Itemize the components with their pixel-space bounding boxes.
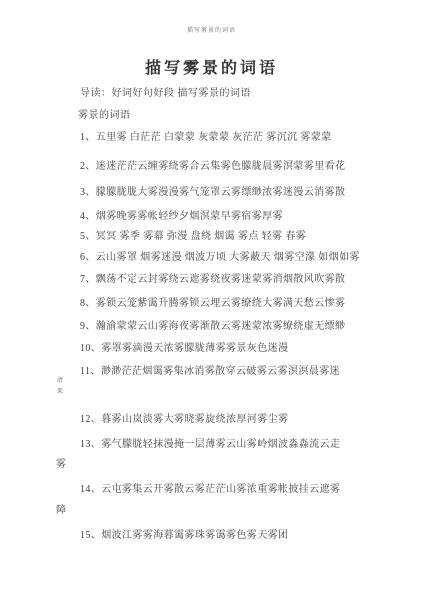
section-heading: 雾景的词语 [78, 106, 131, 121]
list-item: 2、迷迷茫茫云缠雾绕雾合云集雾色朦胧晨雾溟蒙雾里看花 [80, 157, 345, 172]
list-item: 9、瀚渝蒙蒙云山雾海夜雾渐散云雾迷蒙浓雾缭绕虚无缥缈 [80, 317, 345, 332]
list-item: 15、烟波江雾雾海暮霭雾珠雾霭雾色雾天雾团 [80, 526, 288, 541]
list-item: 1、五里雾 白茫茫 白蒙蒙 灰蒙蒙 灰茫茫 雾沉沉 雾蒙蒙 [80, 128, 332, 143]
list-item: 4、烟雾晚雾雾帐轻纱夕烟溟蒙早雾宿雾厚雾 [80, 207, 283, 222]
margin-fragment: 障 [56, 501, 66, 516]
page-title: 描写雾景的词语 [0, 55, 423, 78]
list-item: 10、雾罩雾滴漫天浓雾朦胧薄雾雾景灰色迷漫 [80, 339, 288, 354]
margin-fragment: 清 [57, 375, 63, 384]
running-header: 描写雾景的词语 [0, 25, 423, 34]
margin-fragment: 雾 [56, 455, 66, 470]
list-item: 13、雾气朦胧轻抹漫掩一层薄雾云山雾岭烟波淼淼流云走 [80, 435, 340, 450]
list-item: 11、渺渺茫茫烟霭雾集冰消雾散穿云破雾云雾溟溟晨雾迷 [80, 362, 340, 377]
list-item: 7、飘荡不定云封雾绕云遮雾绕夜雾迷蒙雾消烟散风吹雾散 [80, 270, 345, 285]
intro-line: 导读：好词好句好段 描写雾景的词语 [80, 84, 251, 99]
margin-fragment: 来 [57, 386, 63, 395]
document-page: 描写雾景的词语 描写雾景的词语 导读：好词好句好段 描写雾景的词语 雾景的词语 … [0, 0, 423, 600]
list-item: 14、云屯雾集云开雾散云雾茫茫山雾浓重雾帐披挂云遮雾 [80, 480, 340, 495]
list-item: 8、雾锁云笼紫霭升腾雾锁云埋云雾缭绕大雾满天愁云惨雾 [80, 294, 345, 309]
list-item: 3、朦朦胧胧大雾漫漫雾气笼罩云雾缥缈浓雾迷漫云消雾散 [80, 183, 345, 198]
list-item: 6、云山雾罩 烟雾迷漫 烟波万顷 大雾蔽天 烟雾空濛 如烟如雾 [80, 248, 360, 263]
list-item: 5、冥冥 雾季 雾幕 弥漫 盘绕 烟霭 雾点 轻雾 春雾 [80, 227, 306, 242]
list-item: 12、暮雾山岚淡雾大雾晓雾旋绕浓厚河雾尘雾 [80, 410, 288, 425]
